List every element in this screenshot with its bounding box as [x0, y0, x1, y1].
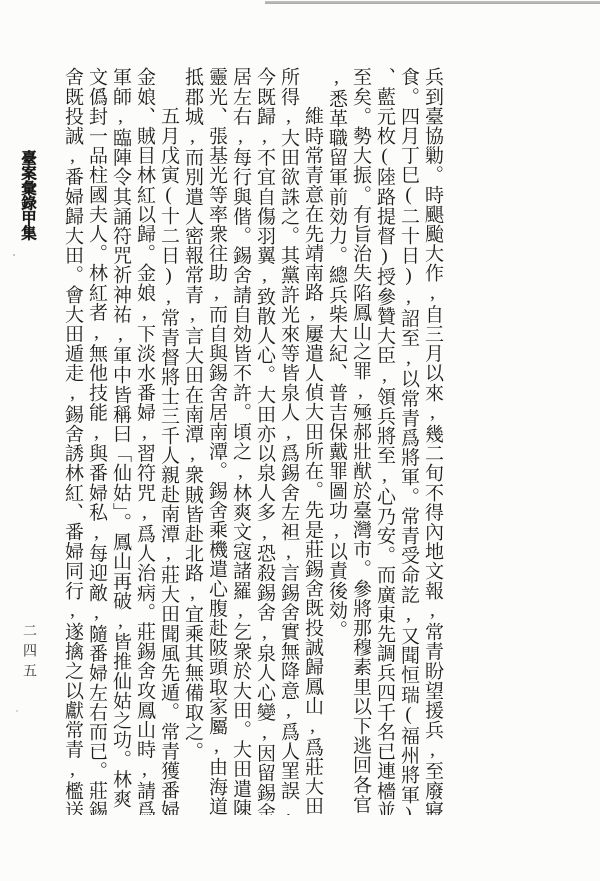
text-column: 軍師,臨陣令其誦符咒祈神祐,軍中皆稱曰「仙姑」。鳳山再破,皆推仙姑之功。林爽 [108, 67, 132, 815]
text-column: 文僞封一品柱國夫人。林紅者,無他技能,與番婦私,每迎敵,隨番婦左右而已。莊錫 [84, 67, 108, 815]
text-column: 所得,大田欲誅之。其黨許光來等皆泉人,爲錫舍左袒,言錫舍實無降意,爲人罣誤, [276, 67, 300, 815]
text-column: 居左右,每行與偕。錫舍請自効皆不許。頃之,林爽文寇諸羅,乞衆於大田。大田遣陳 [228, 67, 252, 815]
page-number: 二四五 [18, 623, 38, 713]
text-column: 抵郡城,而別遣人密報常青,言大田在南潭,衆賊皆赴北路,宜乘其無備取之。 [180, 67, 204, 815]
text-column: 舍既投誠,番婦歸大田。會大田遁走,錫舍誘林紅、番婦同行,遂擒之以獻常青,檻送 [60, 67, 84, 815]
text-column: 兵到臺協勦。時颶颱大作,自三月以來,幾二旬不得內地文報,常青盼望援兵,至廢寢 [420, 67, 444, 815]
text-column: ,悉革職留軍前効力。總兵柴大紀、普吉保戴罪圖功,以責後効。 [324, 67, 348, 815]
scan-artifact-line [265, 1, 600, 4]
scan-speckle [13, 254, 15, 256]
text-column: 金娘、賊目林紅以歸。金娘,下淡水番婦,習符咒,爲人治病。莊錫舍攻鳳山時,請爲 [132, 67, 156, 815]
text-column: 靈光、張基光等率衆往助,而自與錫舍居南潭。錫舍乘機遣心腹赴陂頭取家屬,由海道 [204, 67, 228, 815]
text-column: 、藍元枚(陸路提督)授參贊大臣,領兵將至,心乃安。而廣東先調兵四千名已連檣並 [372, 67, 396, 815]
book-title: 臺案彙錄甲集 [16, 150, 38, 270]
text-column: 今既歸,不宜自傷羽翼,致散人心。大田亦以泉人多,恐殺錫舍,泉人心變,因留錫舍 [252, 67, 276, 815]
text-column: 至矣。勢大振。有旨治失陷鳳山之罪,殛郝壯猷於臺灣市。參將那穆素里以下逃回各官 [348, 67, 372, 815]
scanned-page: 臺案彙錄甲集 二四五 兵到臺協勦。時颶颱大作,自三月以來,幾二旬不得內地文報,常… [0, 0, 600, 881]
text-column: 食。四月丁巳(二十日),詔至,以常青爲將軍。常青受命訖,又聞恒瑞(福州將軍) [396, 67, 420, 815]
text-columns: 兵到臺協勦。時颶颱大作,自三月以來,幾二旬不得內地文報,常青盼望援兵,至廢寢食。… [60, 67, 444, 815]
text-column: 五月戊寅(十二日),常青督將士三千人親赴南潭,莊大田聞風先遁。常青獲番婦 [156, 67, 180, 815]
text-column: 維時常青意在先靖南路,屢遣人偵大田所在。先是莊錫舍既投誠歸鳳山,爲莊大田 [300, 67, 324, 815]
